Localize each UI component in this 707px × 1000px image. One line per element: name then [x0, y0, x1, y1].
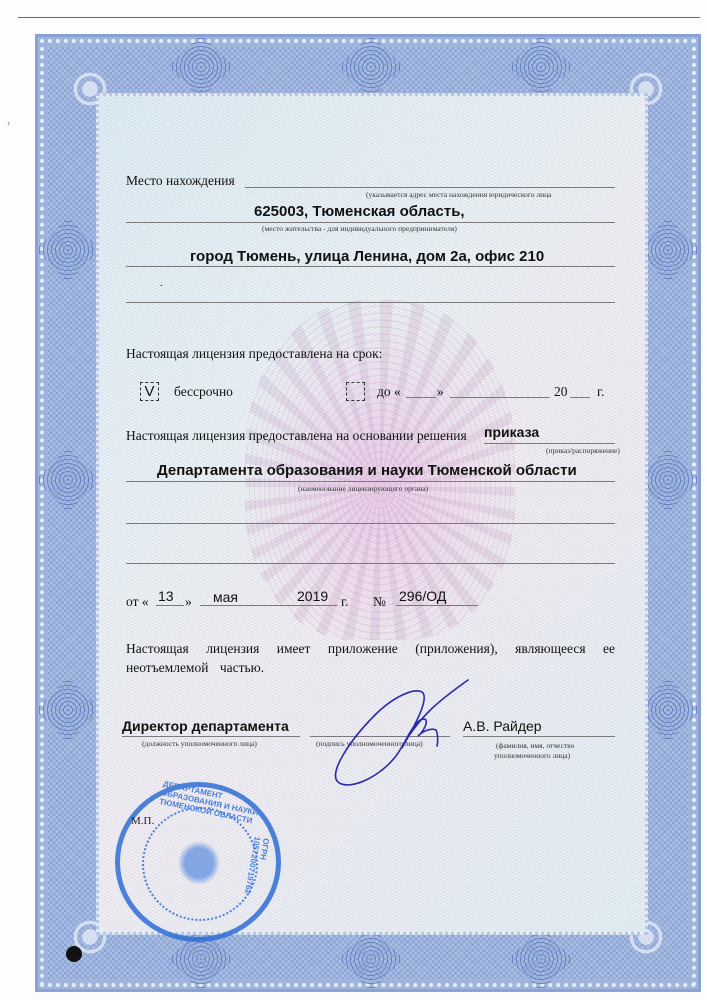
address-rule-1 [126, 222, 615, 223]
basis-label: Настоящая лицензия предоставлена на осно… [126, 428, 467, 444]
number-sign: № [373, 594, 386, 610]
issuing-body-hint: (наименование лицензирующего органа) [298, 484, 428, 493]
address-line-2: город Тюмень, улица Ленина, дом 2а, офис… [190, 248, 544, 265]
until-year-suffix: г. [597, 384, 604, 400]
appendix-word: имеет [277, 641, 311, 657]
date-day: 13 [158, 588, 174, 604]
date-month: мая [213, 589, 238, 605]
signer-name-rule [463, 736, 615, 737]
signer-position-rule [122, 736, 300, 737]
date-month-rule [200, 605, 300, 606]
until-close: » [437, 384, 444, 400]
signer-name-hint-2: уполномоченного лица) [494, 751, 570, 760]
appendix-word: Настоящая [126, 641, 189, 657]
location-hint: (указывается адрес места нахождения юрид… [366, 190, 552, 199]
official-stamp: ДЕПАРТАМЕНТ ОБРАЗОВАНИЯ И НАУКИ ТЮМЕНСКО… [115, 782, 281, 942]
until-year-rule [570, 397, 590, 398]
date-day-rule [156, 605, 184, 606]
date-year: 2019 [297, 588, 328, 604]
date-year-suffix: г. [341, 594, 348, 610]
signature-icon [320, 670, 470, 790]
hole-punch-mark [66, 946, 82, 962]
scan-artifact: › [7, 118, 10, 129]
appendix-word: приложение [328, 641, 398, 657]
signer-position-hint: (должность уполномоченного лица) [142, 739, 257, 748]
appendix-word: ее [603, 641, 615, 657]
date-prefix: от « [126, 594, 149, 610]
signer-name-hint-1: (фамилия, имя, отчество [496, 741, 574, 750]
order-number: 296/ОД [399, 588, 446, 604]
until-day-rule [406, 397, 436, 398]
date-close: » [185, 594, 192, 610]
order-number-rule [396, 605, 478, 606]
address-line-1: 625003, Тюменская область, [254, 203, 465, 220]
until-month-rule [450, 397, 550, 398]
until-date-checkbox[interactable] [346, 382, 365, 401]
residence-hint: (место жительства - для индивидуального … [262, 224, 457, 233]
issuing-body: Департамента образования и науки Тюменск… [157, 462, 577, 479]
stamp-inner-ring [142, 807, 258, 921]
appendix-word: (приложения), [415, 641, 498, 657]
address-rule-3 [126, 302, 615, 303]
indefinite-checkbox[interactable]: V [140, 382, 159, 401]
location-label: Место нахождения [126, 173, 235, 189]
basis-type-rule [484, 443, 615, 444]
address-rule-2 [126, 266, 615, 267]
location-rule [245, 187, 615, 188]
until-year-prefix: 20 [554, 384, 568, 400]
until-prefix: до « [377, 384, 401, 400]
indefinite-label: бессрочно [174, 384, 233, 400]
date-year-rule [295, 605, 337, 606]
signer-position: Директор департамента [122, 718, 289, 734]
stray-dot: . [160, 277, 163, 289]
appendix-line-2: неотъемлемой частью. [126, 660, 264, 676]
coat-of-arms-icon [174, 837, 224, 889]
blank-rule-2 [126, 563, 615, 564]
basis-type-hint: (приказ/распоряжение) [546, 446, 620, 455]
appendix-word: являющееся [515, 641, 585, 657]
blank-rule-1 [126, 523, 615, 524]
signer-name: А.В. Райдер [463, 718, 542, 734]
appendix-line-1: Настоящая лицензия имеет приложение (при… [126, 641, 615, 657]
term-label: Настоящая лицензия предоставлена на срок… [126, 346, 382, 362]
seal-label: М.П. [131, 815, 154, 827]
scan-edge-line [18, 17, 700, 18]
appendix-word: лицензия [206, 641, 259, 657]
basis-type: приказа [484, 424, 539, 440]
issuing-body-rule [126, 481, 615, 482]
